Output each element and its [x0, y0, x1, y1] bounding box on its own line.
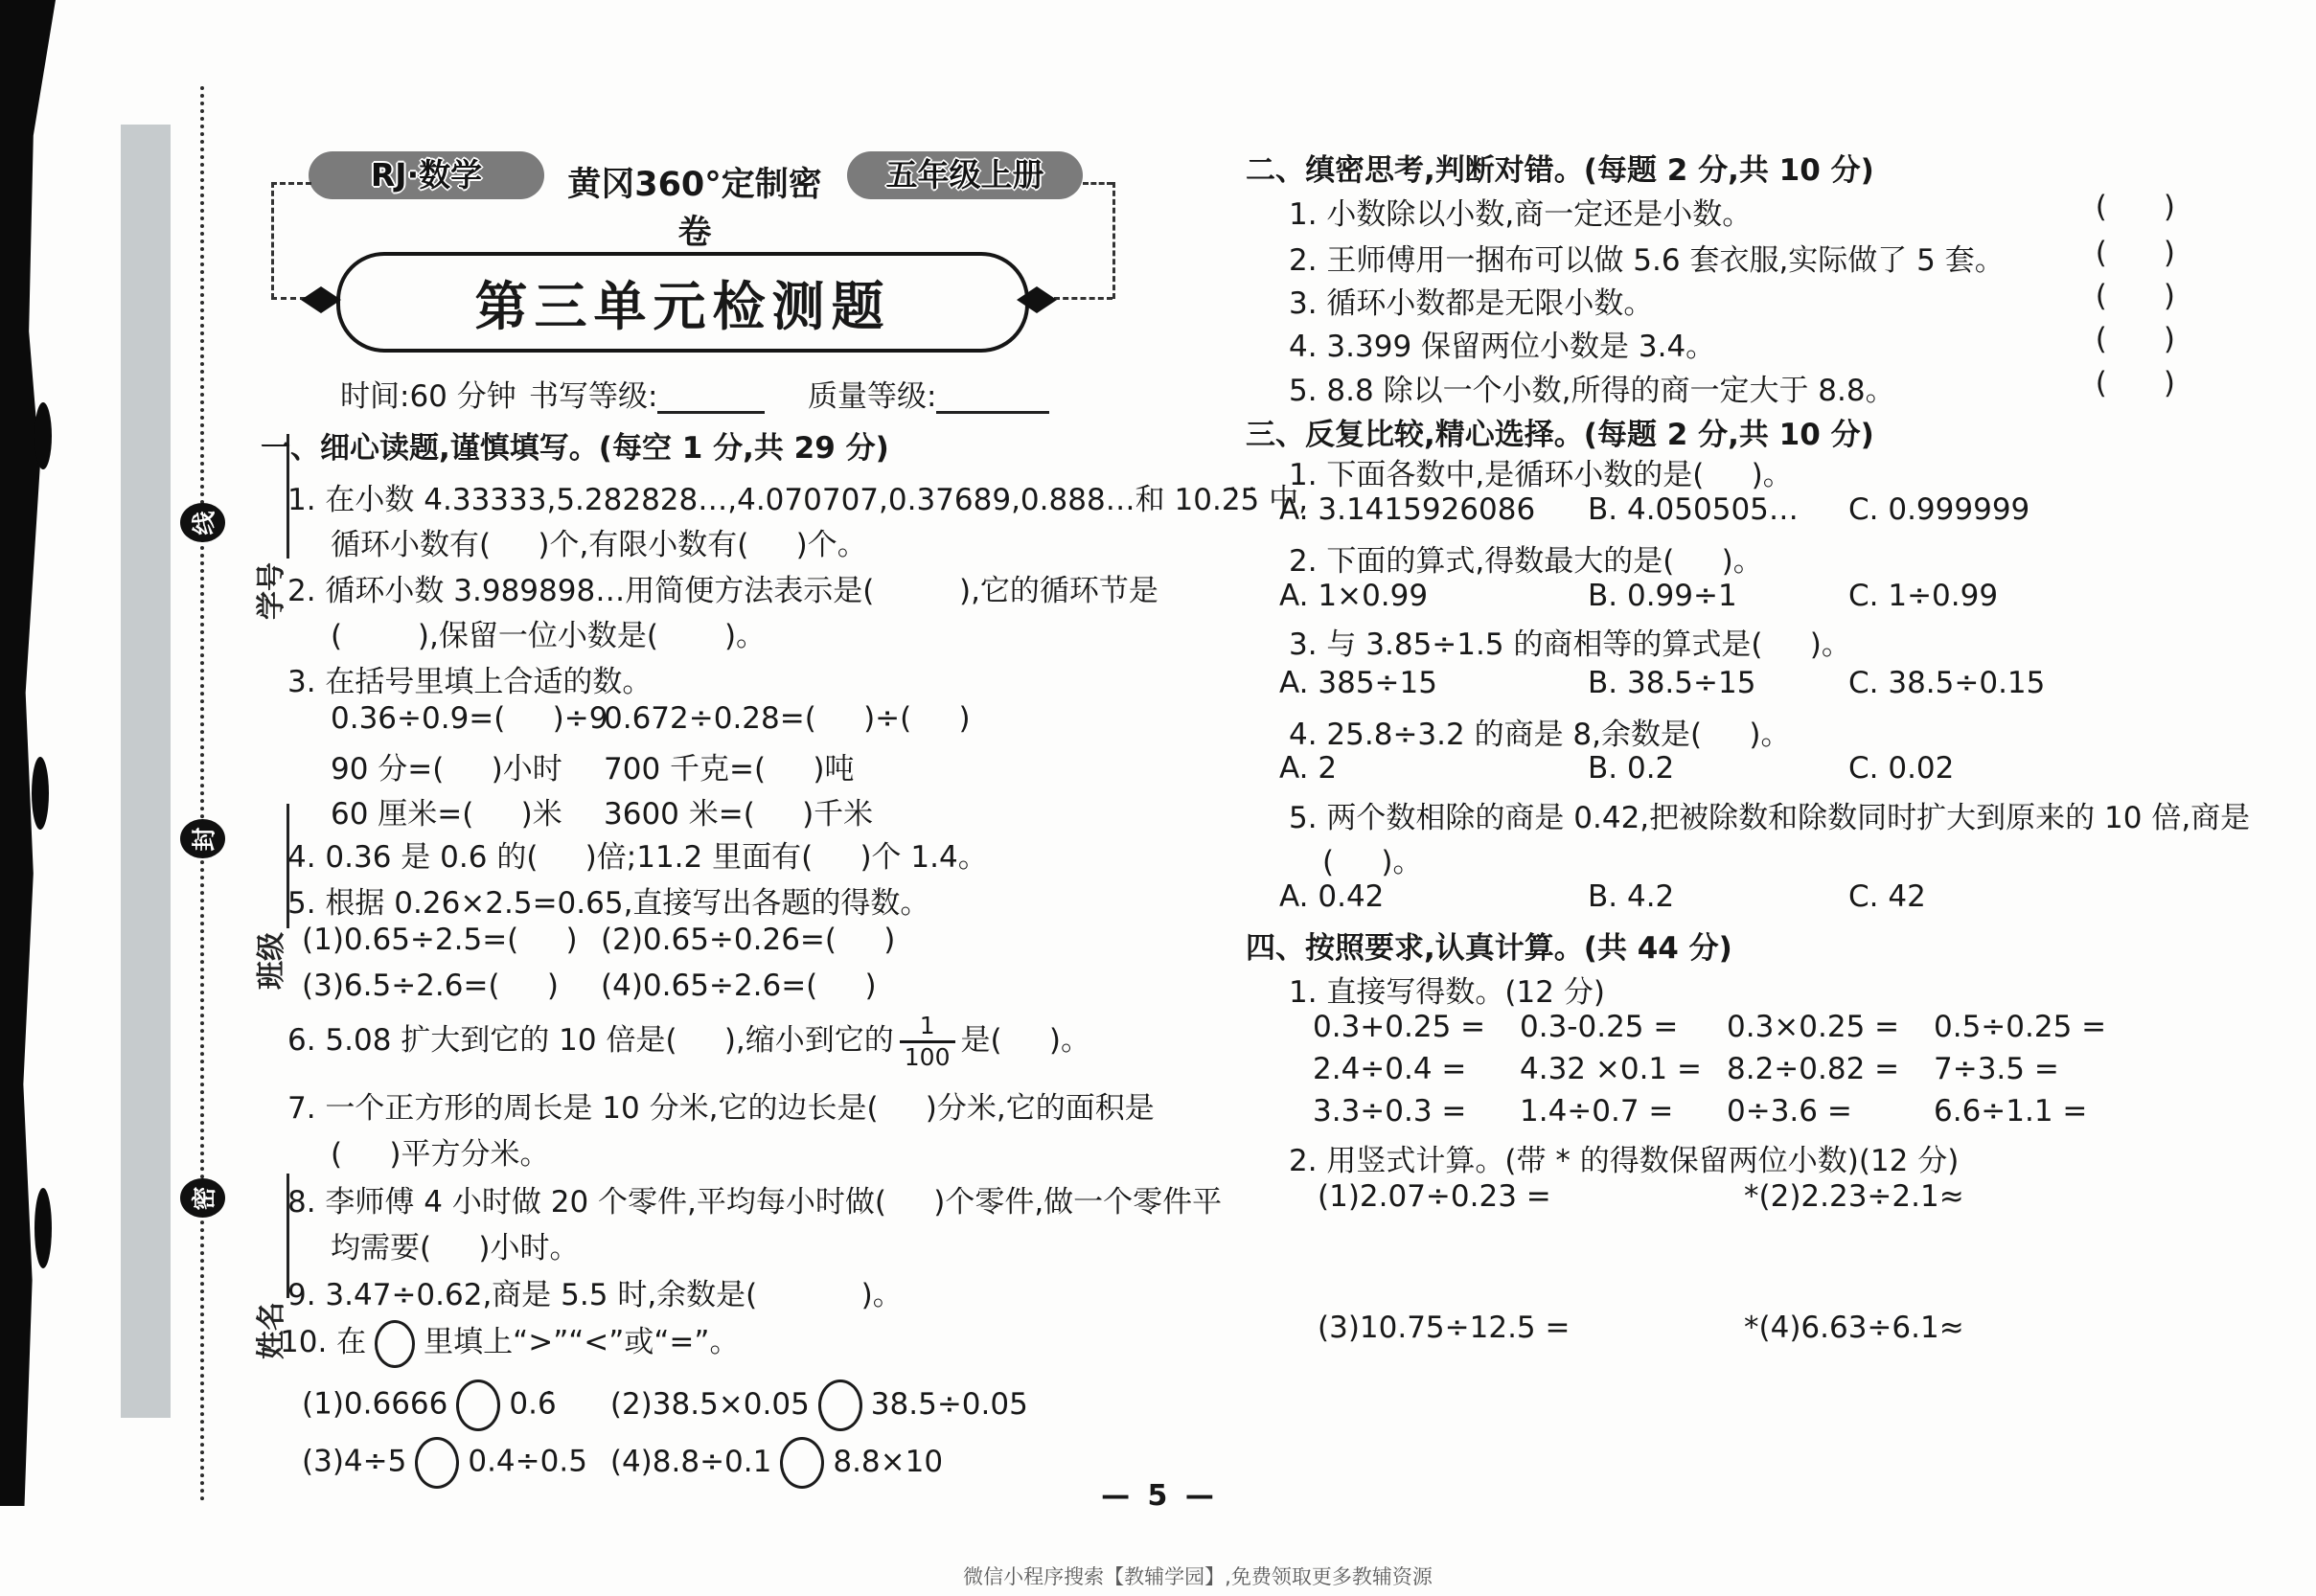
dashed-frame-segment: [1054, 297, 1112, 300]
judge-item-3: 3. 循环小数都是无限小数。( ): [1289, 279, 2175, 322]
section4-heading: 四、按照要求,认真计算。(共 44 分): [1246, 923, 1732, 967]
q8-line2: 均需要( )小时。: [331, 1223, 579, 1266]
class-blank-line: [258, 804, 289, 928]
quality-grade-blank: [936, 378, 1049, 414]
time-label: 时间:60 分钟: [340, 372, 516, 415]
q1-line1: 1. 在小数 4.33333,5.282828…,4.070707,0.3768…: [287, 475, 1308, 518]
dashed-frame-segment: [1083, 182, 1112, 185]
mental-calc-row3: 3.3÷0.3 =1.4÷0.7 =0÷3.6 =6.6÷1.1 =: [1313, 1094, 2087, 1129]
choice-q3-options: A. 385÷15B. 38.5÷15C. 38.5÷0.15: [1279, 666, 2045, 700]
promo-text: 微信小程序搜索【教辅学园】,免费领取更多教辅资源: [872, 1562, 1524, 1590]
choice-q3: 3. 与 3.85÷1.5 的商相等的算式是( )。: [1289, 620, 1851, 663]
q10-row1: (1)0.66660.6̇ (2)38.5×0.0538.5÷0.05: [302, 1379, 1028, 1431]
diamond-ornament-left: [301, 286, 341, 313]
judge-item-4: 4. 3.399 保留两位小数是 3.4。( ): [1289, 322, 2175, 365]
compare-circle: [780, 1437, 824, 1489]
compare-circle: [415, 1437, 459, 1489]
q1-line2: 循环小数有( )个,有限小数有( )个。: [331, 520, 867, 563]
fraction-1-100: 1100: [900, 1012, 955, 1072]
scan-edge-artifact: [0, 0, 56, 1506]
seal-badge-feng: 封: [180, 819, 225, 858]
choice-q5-line1: 5. 两个数相除的商是 0.42,把被除数和除数同时扩大到原来的 10 倍,商是: [1289, 793, 2250, 836]
compare-circle: [456, 1379, 500, 1431]
seal-badge-xian: 线: [180, 503, 225, 542]
binding-strip: 姓名 班级 学号: [121, 125, 171, 1418]
judge-item-1: 1. 小数除以小数,商一定还是小数。( ): [1289, 190, 2175, 233]
answer-paren: ( ): [2096, 190, 2175, 233]
exam-title: 第三单元检测题: [474, 264, 890, 340]
subject-badge: RJ·数学: [309, 151, 544, 199]
q3-stem: 3. 在括号里填上合适的数。: [287, 657, 652, 700]
calc-q2-stem: 2. 用竖式计算。(带 * 的得数保留两位小数)(12 分): [1289, 1136, 1959, 1179]
choice-q5-line2: ( )。: [1322, 837, 1422, 880]
grade-badge: 五年级上册: [847, 151, 1083, 199]
writing-grade-blank: [657, 378, 765, 414]
judge-item-5: 5. 8.8 除以一个小数,所得的商一定大于 8.8。( ): [1289, 366, 2175, 409]
section2-heading: 二、缜密思考,判断对错。(每题 2 分,共 10 分): [1246, 146, 1874, 189]
q4-stem: 4. 0.36 是 0.6 的( )倍;11.2 里面有( )个 1.4。: [287, 832, 988, 876]
q5-row2: (3)6.5÷2.6=( )(4)0.65÷2.6=( ): [302, 969, 877, 1003]
calc-q1-stem: 1. 直接写得数。(12 分): [1289, 968, 1605, 1011]
writing-grade-field: 书写等级:: [529, 372, 765, 415]
compare-circle: [375, 1320, 415, 1368]
answer-paren: ( ): [2096, 322, 2175, 365]
compare-circle: [818, 1379, 862, 1431]
choice-q1-options: A. 3.1415926086B. 4.050505…C. 0.999999: [1279, 492, 2029, 527]
q3-row3: 60 厘米=( )米3600 米=( )千米: [331, 789, 873, 832]
q7-line2: ( )平方分米。: [331, 1129, 549, 1173]
choice-q2: 2. 下面的算式,得数最大的是( )。: [1289, 536, 1763, 580]
q7-line1: 7. 一个正方形的周长是 10 分米,它的边长是( )分米,它的面积是: [287, 1083, 1155, 1127]
series-title: 黄冈360°定制密卷: [551, 158, 838, 254]
q2-line2: ( ),保留一位小数是( )。: [331, 611, 766, 654]
q5-stem: 5. 根据 0.26×2.5=0.65,直接写出各题的得数。: [287, 878, 929, 922]
q3-row2: 90 分=( )小时700 千克=( )吨: [331, 744, 854, 787]
answer-paren: ( ): [2096, 236, 2175, 279]
quality-grade-field: 质量等级:: [808, 372, 1049, 415]
page-number: — 5 —: [1035, 1479, 1284, 1513]
section1-heading: 一、细心读题,谨慎填写。(每空 1 分,共 29 分): [261, 423, 889, 467]
q8-line1: 8. 李师傅 4 小时做 20 个零件,平均每小时做( )个零件,做一个零件平: [287, 1177, 1222, 1220]
judge-item-2: 2. 王师傅用一捆布可以做 5.6 套衣服,实际做了 5 套。( ): [1289, 236, 2175, 279]
q9-stem: 9. 3.47÷0.62,商是 5.5 时,余数是( )。: [287, 1270, 903, 1313]
mental-calc-row2: 2.4÷0.4 =4.32 ×0.1 =8.2÷0.82 =7÷3.5 =: [1313, 1052, 2059, 1086]
mental-calc-row1: 0.3+0.25 =0.3-0.25 =0.3×0.25 =0.5÷0.25 =: [1313, 1010, 2106, 1044]
vertical-calc-row2: (3)10.75÷12.5 =*(4)6.63÷6.1≈: [1318, 1311, 1571, 1345]
section3-heading: 三、反复比较,精心选择。(每题 2 分,共 10 分): [1246, 410, 1874, 453]
seal-dotted-line: [200, 86, 204, 1502]
seal-badge-mi: 密: [180, 1178, 225, 1218]
q10-stem: 10. 在里填上“>”“<”或“=”。: [280, 1317, 739, 1368]
q10-row2: (3)4÷50.4÷0.5 (4)8.8÷0.18.8×10: [302, 1437, 943, 1489]
choice-q4: 4. 25.8÷3.2 的商是 8,余数是( )。: [1289, 710, 1790, 753]
answer-paren: ( ): [2096, 366, 2175, 409]
choice-q4-options: A. 2B. 0.2C. 0.02: [1279, 751, 1954, 786]
student-class-label: 班级: [247, 804, 289, 990]
q5-row1: (1)0.65÷2.5=( )(2)0.65÷0.26=( ): [302, 923, 895, 957]
scan-blob: [34, 402, 52, 469]
exam-paper-page: 姓名 班级 学号 线 封 密 RJ·数学 黄冈360°定制密卷 五年级上册 第三…: [0, 0, 2316, 1596]
title-box: 第三单元检测题: [336, 252, 1029, 353]
dashed-frame-segment: [271, 182, 311, 185]
q3-row1: 0.36÷0.9=( )÷90.672÷0.28=( )÷( ): [331, 701, 971, 736]
choice-q5-options: A. 0.42B. 4.2C. 42: [1279, 879, 1926, 914]
q2-line1: 2. 循环小数 3.989898…用简便方法表示是( ),它的循环节是: [287, 566, 1158, 609]
dashed-frame-segment: [271, 182, 274, 299]
vertical-calc-row1: (1)2.07÷0.23 =*(2)2.23÷2.1≈: [1318, 1179, 1551, 1214]
q6-stem: 6. 5.08 扩大到它的 10 倍是( ),缩小到它的1100是( )。: [287, 1012, 1090, 1072]
choice-q2-options: A. 1×0.99B. 0.99÷1C. 1÷0.99: [1279, 579, 1998, 613]
dashed-frame-segment: [1112, 182, 1115, 299]
name-blank-line: [258, 1174, 289, 1298]
choice-q1: 1. 下面各数中,是循环小数的是( )。: [1289, 450, 1793, 493]
dashed-frame-segment: [271, 297, 306, 300]
scan-blob: [34, 1188, 52, 1268]
answer-paren: ( ): [2096, 279, 2175, 322]
scan-blob: [32, 757, 49, 830]
